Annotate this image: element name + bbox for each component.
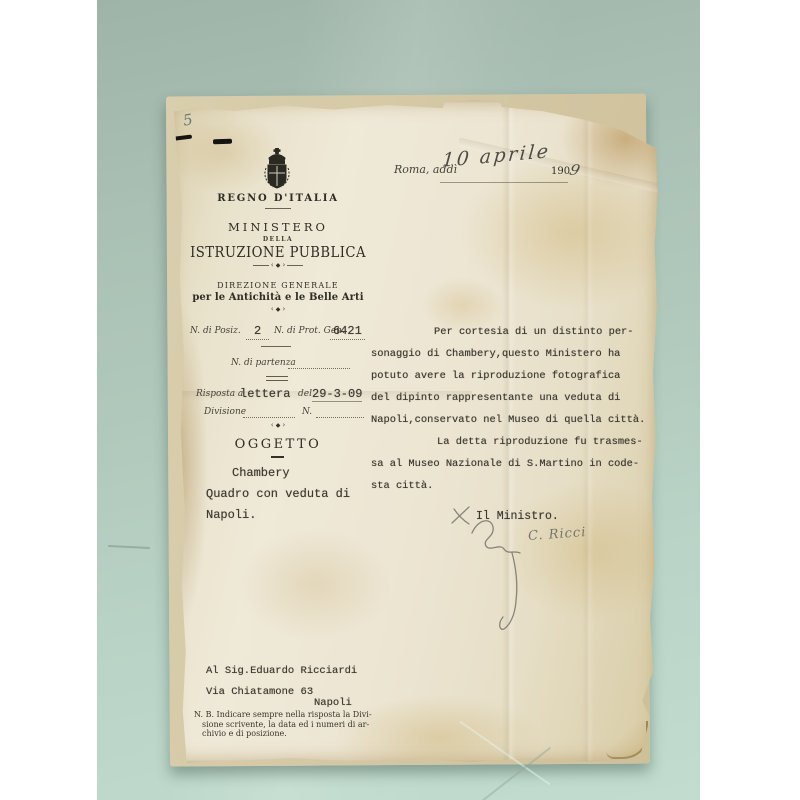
ornament-small: ‹◆› <box>266 306 290 313</box>
del-label: del <box>298 389 312 399</box>
blank-line <box>288 358 350 369</box>
prot-value: 6421 <box>330 324 365 340</box>
divider <box>265 208 291 209</box>
n-label: N. <box>302 407 312 417</box>
subject-dash <box>271 456 284 458</box>
letter-document: 5 REGNO D'ITALIA MINISTERO D <box>166 99 660 764</box>
subject-line: Chambery <box>232 466 290 480</box>
date-line <box>440 182 568 183</box>
field-row-position: N. di Posiz. 2 N. di Prot. Gen. 6421 <box>166 324 396 338</box>
ornament-small: ‹◆› <box>264 422 292 429</box>
field-row-partenza: N. di partenza <box>166 358 396 372</box>
handwritten-date: 10 aprile <box>441 140 551 172</box>
risposta-label: Risposta a <box>196 389 243 399</box>
partenza-label: N. di partenza <box>231 358 296 368</box>
ornament-glyph: › <box>282 422 285 429</box>
recipient-line: Via Chiatamone 63 <box>206 686 313 698</box>
blank-line <box>243 407 295 418</box>
body-line: Napoli,conservato nel Museo di quella ci… <box>371 414 645 426</box>
recipient-line: Napoli <box>314 697 352 709</box>
recipient-line: Al Sig.Eduardo Ricciardi <box>206 665 357 677</box>
body-line: potuto avere la riproduzione fotografica <box>371 370 620 382</box>
footnote-line: chivio e di posizione. <box>194 729 390 739</box>
fold-crease <box>582 99 594 764</box>
subject-line: Napoli. <box>206 508 256 522</box>
printed-footnote: N. B. Indicare sempre nella risposta la … <box>194 710 390 739</box>
divider-double <box>266 376 288 381</box>
blank-line <box>316 407 364 418</box>
body-line: sa al Museo Nazionale di S.Martino in co… <box>371 458 639 470</box>
ornament-glyph: ‹ <box>271 306 274 313</box>
photo-frame-left <box>0 0 97 800</box>
footnote-line: sione scrivente, la data ed i numeri di … <box>194 720 390 730</box>
ornament-glyph: › <box>282 262 285 269</box>
photo-frame-right <box>700 0 800 800</box>
body-line: sta città. <box>371 480 433 492</box>
posiz-label: N. di Posiz. <box>190 326 241 336</box>
archival-number-mark: 5 <box>182 110 195 129</box>
ministry-name: ISTRUZIONE PUBBLICA <box>190 243 366 261</box>
subject-heading: OGGETTO <box>178 437 378 452</box>
del-value: 29-3-09 <box>312 387 362 402</box>
fold-crease <box>502 99 516 764</box>
ornament-glyph: ‹ <box>271 262 274 269</box>
ministry-title: MINISTERO <box>178 220 378 234</box>
body-line: Per cortesia di un distinto per- <box>371 326 634 338</box>
ornament-divider: ‹◆› <box>248 262 308 269</box>
posiz-value: 2 <box>246 324 269 340</box>
ornament-glyph: ‹ <box>271 422 274 429</box>
body-line: La detta riproduzione fu trasmes- <box>371 436 643 448</box>
coat-of-arms-icon <box>260 148 294 192</box>
division-title: per le Antichità e le Belle Arti <box>178 292 378 303</box>
subject-line: Quadro con veduta di <box>206 487 350 501</box>
realm-title: REGNO D'ITALIA <box>178 193 378 204</box>
field-row-risposta: Risposta a lettera del 29-3-09 <box>166 387 396 401</box>
field-row-divisione: Divisione N. <box>166 407 396 421</box>
divider <box>261 346 291 347</box>
signature-scrawl <box>438 499 608 639</box>
footnote-line: N. B. Indicare sempre nella risposta la … <box>194 710 390 720</box>
diamond-glyph: ◆ <box>276 263 281 269</box>
direction-title: DIREZIONE GENERALE <box>178 281 378 290</box>
divisione-label: Divisione <box>204 407 246 417</box>
risposta-value: lettera <box>240 387 290 401</box>
diamond-glyph: ◆ <box>276 423 281 429</box>
ministry-della: DELLA <box>178 236 378 243</box>
fastener-mark <box>213 139 232 144</box>
body-line: del dipinto rappresentante una veduta di <box>371 392 620 404</box>
body-line: sonaggio di Chambery,questo Ministero ha <box>371 348 620 360</box>
ornament-glyph: › <box>282 306 285 313</box>
diamond-glyph: ◆ <box>276 307 281 313</box>
photo: 5 REGNO D'ITALIA MINISTERO D <box>0 0 800 800</box>
handwritten-year: 9 <box>568 161 582 180</box>
